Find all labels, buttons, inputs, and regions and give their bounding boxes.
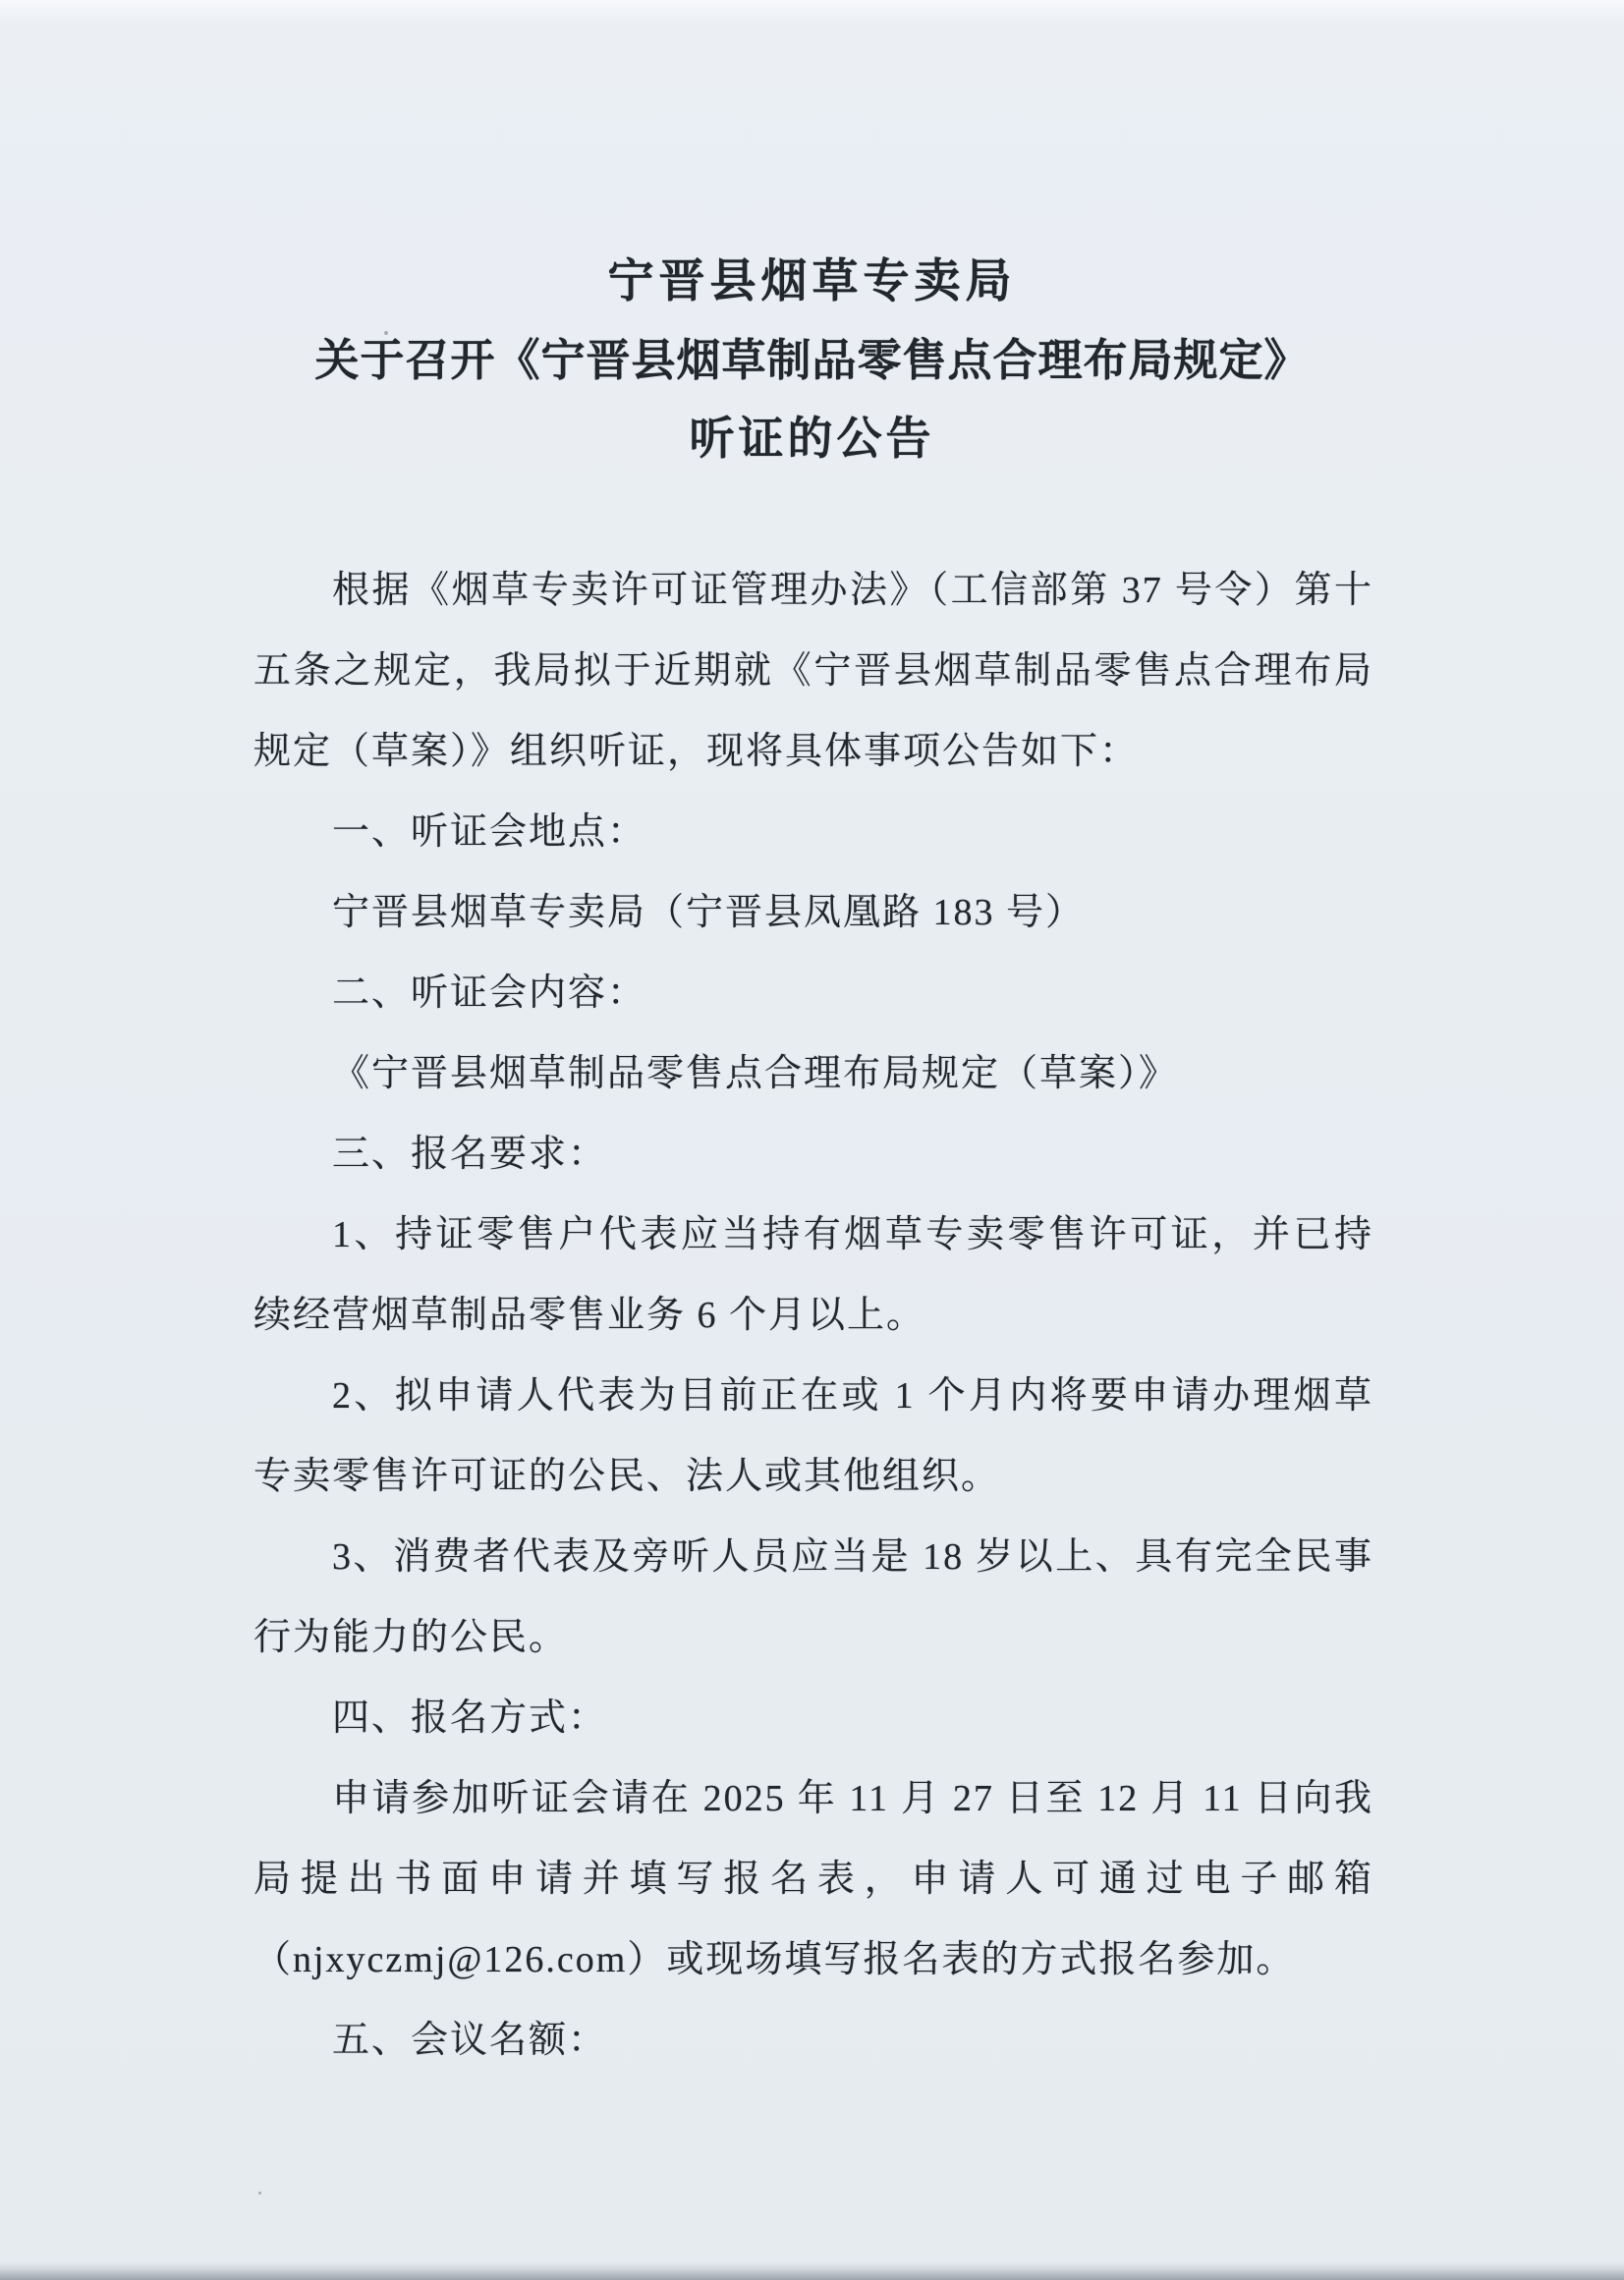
body-line: 局提出书面申请并填写报名表，申请人可通过电子邮箱 bbox=[253, 1839, 1373, 1919]
body-line: 四、报名方式： bbox=[253, 1678, 1373, 1758]
body-line: 行为能力的公民。 bbox=[253, 1597, 1373, 1678]
scan-edge-top bbox=[0, 0, 1624, 24]
title-org-name: 宁晋县烟草专卖局 bbox=[0, 243, 1624, 321]
document-page: 宁晋县烟草专卖局 关于召开《宁晋县烟草制品零售点合理布局规定》 听证的公告 根据… bbox=[0, 0, 1624, 2280]
body-line: 3、消费者代表及旁听人员应当是 18 岁以上、具有完全民事 bbox=[253, 1517, 1373, 1597]
scan-edge-bottom bbox=[0, 2262, 1624, 2280]
body-line: 宁晋县烟草专卖局（宁晋县凤凰路 183 号） bbox=[253, 872, 1373, 953]
body-line: 续经营烟草制品零售业务 6 个月以上。 bbox=[253, 1275, 1373, 1356]
body-line: 五、会议名额： bbox=[253, 2000, 1373, 2081]
body-line: 三、报名要求： bbox=[253, 1114, 1373, 1195]
body-line: （njxyczmj@126.com）或现场填写报名表的方式报名参加。 bbox=[253, 1919, 1373, 2000]
body-line: 规定（草案）》组织听证，现将具体事项公告如下： bbox=[253, 711, 1373, 792]
body-line: 一、听证会地点： bbox=[253, 792, 1373, 872]
body-line: 根据《烟草专卖许可证管理办法》（工信部第 37 号令）第十 bbox=[253, 550, 1373, 631]
body-line: 2、拟申请人代表为目前正在或 1 个月内将要申请办理烟草 bbox=[253, 1356, 1373, 1436]
title-announcement: 听证的公告 bbox=[0, 400, 1624, 478]
title-subject: 关于召开《宁晋县烟草制品零售点合理布局规定》 bbox=[0, 321, 1624, 400]
body-line: 1、持证零售户代表应当持有烟草专卖零售许可证，并已持 bbox=[253, 1195, 1373, 1275]
body-line: 《宁晋县烟草制品零售点合理布局规定（草案）》 bbox=[253, 1033, 1373, 1114]
scan-speck bbox=[384, 331, 388, 335]
document-title: 宁晋县烟草专卖局 关于召开《宁晋县烟草制品零售点合理布局规定》 听证的公告 bbox=[0, 243, 1624, 478]
body-line: 专卖零售许可证的公民、法人或其他组织。 bbox=[253, 1436, 1373, 1517]
body-line: 申请参加听证会请在 2025 年 11 月 27 日至 12 月 11 日向我 bbox=[253, 1758, 1373, 1839]
document-body: 根据《烟草专卖许可证管理办法》（工信部第 37 号令）第十五条之规定，我局拟于近… bbox=[253, 550, 1373, 2081]
body-line: 五条之规定，我局拟于近期就《宁晋县烟草制品零售点合理布局 bbox=[253, 631, 1373, 711]
scan-speck bbox=[258, 2192, 261, 2195]
body-line: 二、听证会内容： bbox=[253, 953, 1373, 1033]
